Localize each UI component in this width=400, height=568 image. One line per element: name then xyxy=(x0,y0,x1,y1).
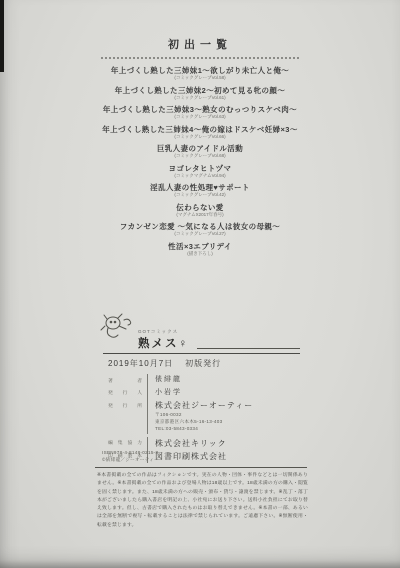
work-title: 年上づくし熟した三姉妹4～俺の嫁はドスケベ妊婦×3～ xyxy=(0,125,400,134)
work-title: ヨゴレタヒトヅマ xyxy=(0,164,400,173)
editing-label: 編集協力 xyxy=(108,437,147,450)
fineprint-divider xyxy=(95,467,307,468)
work-entry: 伝わらない愛 (マグナムX2017年春号) xyxy=(0,203,400,223)
work-source: (コミックグレープVol.61) xyxy=(0,95,400,101)
publisher-name: 株式会社ジーオーティー xyxy=(155,400,298,411)
work-source: (コミックグレープVol.63) xyxy=(0,114,400,120)
mascot-doodle-icon xyxy=(100,312,134,342)
work-source: (マグナムX2017年春号) xyxy=(0,212,400,218)
work-entry: 淫乱人妻の性処理♥サポート (コミックグレープVol.42) xyxy=(0,183,400,203)
first-publication-section: 初出一覧 年上づくし熟した三姉妹1～欲しがり未亡人と俺～ (コミックグレープVo… xyxy=(0,36,400,261)
work-entry: 巨乳人妻のアイドル活動 (コミックグレープVol.68) xyxy=(0,144,400,164)
publisher-person-value: 小岩学 xyxy=(147,387,298,400)
publisher-address: 東京都港区六本木5-16-13-403 xyxy=(155,418,298,425)
work-title: 淫乱人妻の性処理♥サポート xyxy=(0,183,400,192)
dotted-divider xyxy=(101,57,299,59)
work-entry: 年上づくし熟した三姉妹1～欲しがり未亡人と俺～ (コミックグレープVol.58) xyxy=(0,66,400,86)
issue-date: 2019年10月7日 xyxy=(108,359,173,368)
publisher-person-row: 発行人 小岩学 xyxy=(108,387,298,400)
work-entry: 年上づくし熟した三姉妹3～熟女のむっつりスケベ肉～ (コミックグレープVol.6… xyxy=(0,105,400,125)
isbn-block: ISBN978-4-8148-0215-8 ©俵緋龍／ジーオーティー xyxy=(102,449,159,464)
author-label: 著者 xyxy=(108,374,147,387)
work-entry: 年上づくし熟した三姉妹4～俺の嫁はドスケベ妊婦×3～ (コミックグレープVol.… xyxy=(0,125,400,145)
scan-shadow-bottom xyxy=(0,560,400,568)
work-entry: 年上づくし熟した三姉妹2～初めて見る牝の顔～ (コミックグレープVol.61) xyxy=(0,86,400,106)
work-entry: フカンゼン恋愛 ～気になる人は彼女の母親～ (コミックグレープVol.27) xyxy=(0,222,400,242)
publisher-value: 株式会社ジーオーティー 〒106-0032 東京都港区六本木5-16-13-40… xyxy=(147,399,298,434)
section-title: 初出一覧 xyxy=(0,36,400,52)
edition: 初版発行 xyxy=(185,359,221,368)
work-title: 巨乳人妻のアイドル活動 xyxy=(0,144,400,153)
publisher-tel: TEL:03-5843-0334 xyxy=(155,425,298,432)
work-title: フカンゼン恋愛 ～気になる人は彼女の母親～ xyxy=(0,222,400,231)
editing-row: 編集協力 株式会社キリック xyxy=(108,437,298,450)
isbn: ISBN978-4-8148-0215-8 xyxy=(102,449,159,456)
author-value: 俵緋龍 xyxy=(147,374,298,387)
work-title: 年上づくし熟した三姉妹1～欲しがり未亡人と俺～ xyxy=(0,66,400,75)
publisher-person-label: 発行人 xyxy=(108,387,147,400)
work-entry: ヨゴレタヒトヅマ (コミックマグナムVol.94) xyxy=(0,164,400,184)
publisher-postal: 〒106-0032 xyxy=(155,411,298,418)
work-entry: 性活×3エブリデイ (描き下ろし) xyxy=(0,242,400,262)
work-title: 性活×3エブリデイ xyxy=(0,242,400,251)
work-source: (コミックグレープVol.42) xyxy=(0,192,400,198)
work-title: 年上づくし熟した三姉妹2～初めて見る牝の顔～ xyxy=(0,86,400,95)
work-title: 年上づくし熟した三姉妹3～熟女のむっつりスケベ肉～ xyxy=(0,105,400,114)
work-source: (コミックマグナムVol.94) xyxy=(0,173,400,179)
work-source: (描き下ろし) xyxy=(0,251,400,257)
work-source: (コミックグレープVol.68) xyxy=(0,153,400,159)
scanned-colophon-page: 初出一覧 年上づくし熟した三姉妹1～欲しがり未亡人と俺～ (コミックグレープVo… xyxy=(0,0,400,568)
divider-rule xyxy=(103,353,300,354)
publisher-row: 発行所 株式会社ジーオーティー 〒106-0032 東京都港区六本木5-16-1… xyxy=(108,399,298,434)
work-source: (コミックグレープVol.58) xyxy=(0,75,400,81)
work-source: (コミックグレープVol.27) xyxy=(0,231,400,237)
publisher-label: 発行所 xyxy=(108,399,147,434)
author-row: 著者 俵緋龍 xyxy=(108,374,298,387)
title-rule xyxy=(197,348,300,349)
book-title-row: 熟メス♀ xyxy=(138,335,300,351)
editing-value: 株式会社キリック xyxy=(147,437,298,450)
book-title: 熟メス♀ xyxy=(138,335,189,351)
legal-disclaimer: ※本書掲載の全ての作品はフィクションです。実在の人物・団体・事件などとは一切関係… xyxy=(97,472,308,530)
edition-line: 2019年10月7日初版発行 xyxy=(108,358,221,369)
printing-value: 図書印刷株式会社 xyxy=(147,450,298,463)
work-source: (コミックグレープVol.66) xyxy=(0,134,400,140)
copyright: ©俵緋龍／ジーオーティー xyxy=(102,456,159,463)
work-title: 伝わらない愛 xyxy=(0,203,400,212)
